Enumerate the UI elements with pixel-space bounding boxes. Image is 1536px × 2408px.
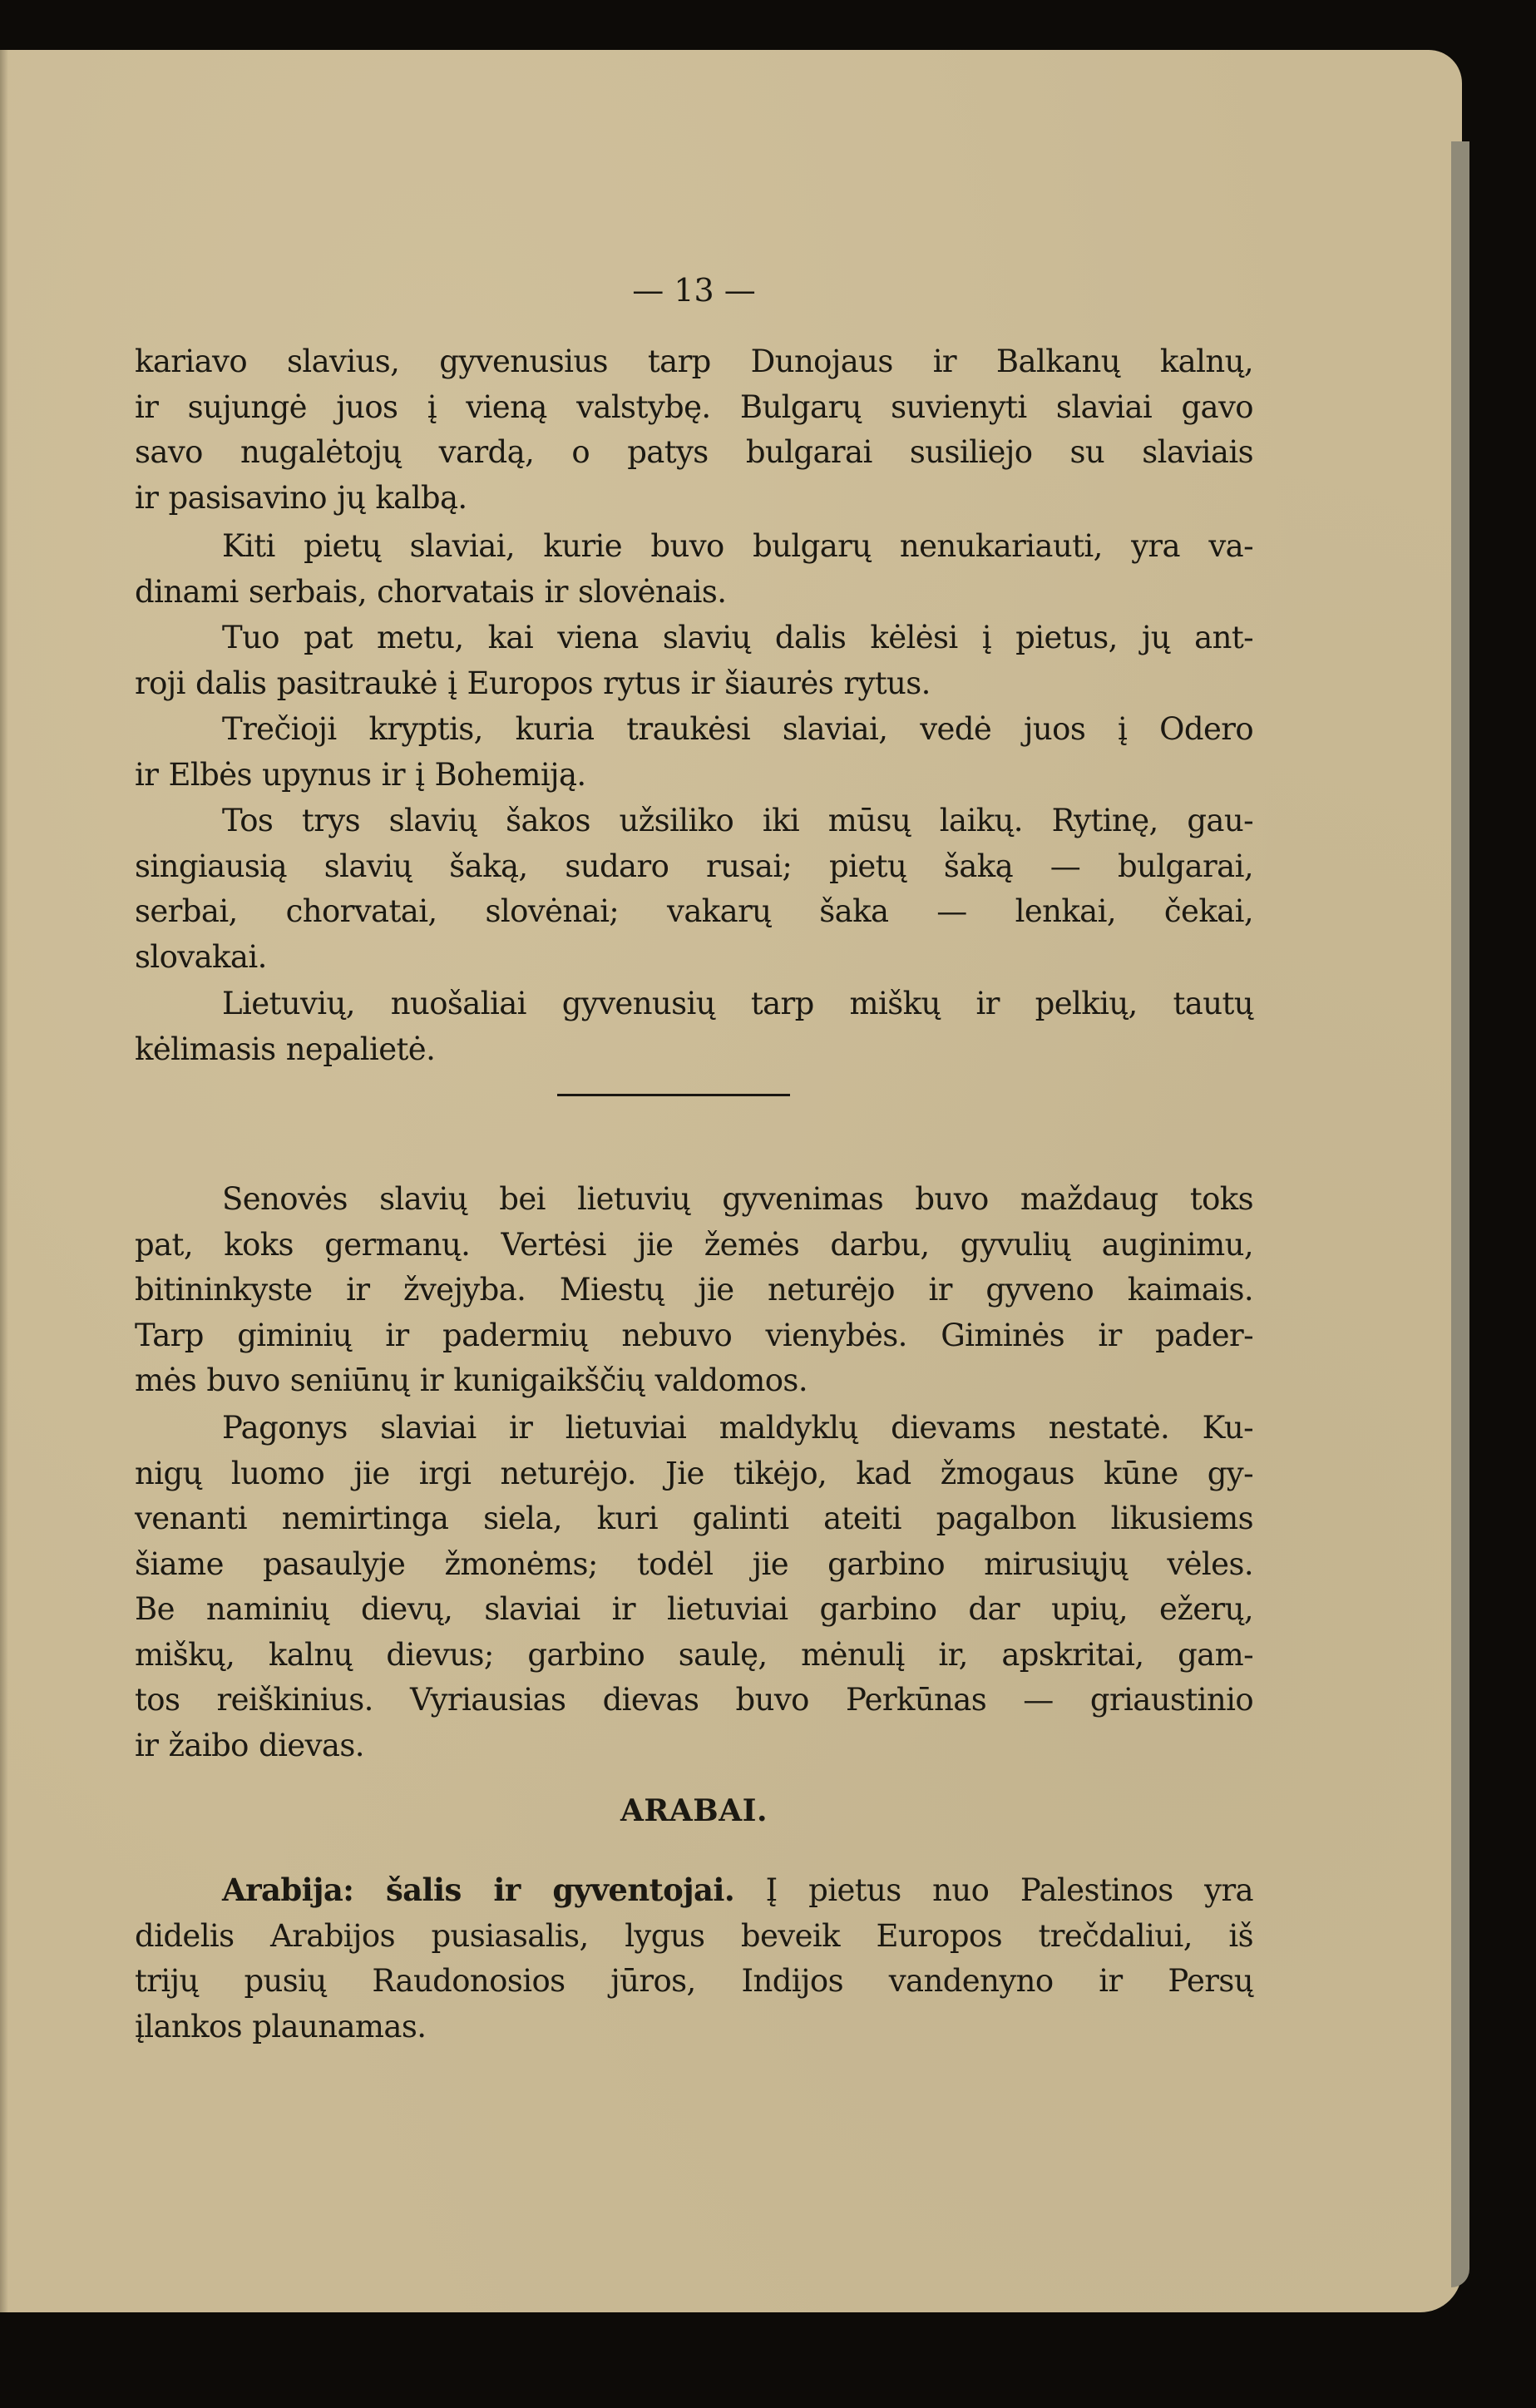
text-line: Pagonys slaviai ir lietuviai maldyklų di… [135, 1406, 1253, 1451]
text-line: Tuo pat metu, kai viena slavių dalis kėl… [135, 616, 1253, 661]
text-line: šiame pasaulyje žmonėms; todėl jie garbi… [135, 1542, 1253, 1588]
paragraph-lithuanians: Lietuvių, nuošaliai gyvenusių tarp miškų… [135, 981, 1253, 1072]
text-line: ir Elbės upynus ir į Bohemiją. [135, 753, 1253, 799]
inline-subheading: Arabija: šalis ir gyventojai. [222, 1872, 734, 1908]
paragraph-bulgarians: kariavo slavius, gyvenusius tarp Dunojau… [135, 339, 1253, 521]
text-line: Trečioji kryptis, kuria traukėsi slaviai… [135, 707, 1253, 753]
text-line: Tos trys slavių šakos užsiliko iki mūsų … [135, 799, 1253, 844]
paragraph-east-slavs: Tuo pat metu, kai viena slavių dalis kėl… [135, 616, 1253, 706]
text-line: Arabija: šalis ir gyventojai. Į pietus n… [135, 1867, 1253, 1914]
text-line: didelis Arabijos pusiasalis, lygus bevei… [135, 1914, 1253, 1960]
text-line: Kiti pietų slaviai, kurie buvo bulgarų n… [135, 524, 1253, 570]
text-line: dinami serbais, chorvatais ir slovėnais. [135, 570, 1253, 616]
text-line: roji dalis pasitraukė į Europos rytus ir… [135, 661, 1253, 707]
text-line: Senovės slavių bei lietuvių gyvenimas bu… [135, 1177, 1253, 1223]
paragraph-three-branches: Tos trys slavių šakos užsiliko iki mūsų … [135, 799, 1253, 980]
text-line: venanti nemirtinga siela, kuri galinti a… [135, 1496, 1253, 1542]
page-stack-edge [1451, 141, 1469, 2287]
paragraph-west-slavs: Trečioji kryptis, kuria traukėsi slaviai… [135, 707, 1253, 798]
text-line: ir sujungė juos į vieną valstybę. Bulgar… [135, 385, 1253, 431]
text-line: trijų pusių Raudonosios jūros, Indijos v… [135, 1959, 1253, 2005]
scanned-page-background: — 13 — kariavo slavius, gyvenusius tarp … [0, 0, 1536, 2408]
text-line: pat, koks germanų. Vertėsi jie žemės dar… [135, 1223, 1253, 1268]
text-line: ir pasisavino jų kalbą. [135, 476, 1253, 522]
spine-shadow [0, 50, 8, 2312]
text-line: ir žaibo dievas. [135, 1723, 1253, 1769]
text-line: Lietuvių, nuošaliai gyvenusių tarp miškų… [135, 981, 1253, 1027]
text-line: mės buvo seniūnų ir kunigaikščių valdomo… [135, 1358, 1253, 1404]
text-line: įlankos plaunamas. [135, 2005, 1253, 2050]
text-run: Į pietus nuo Palestinos yra [734, 1872, 1253, 1908]
text-line: Tarp giminių ir padermių nebuvo vienybės… [135, 1313, 1253, 1359]
text-line: singiausią slavių šaką, sudaro rusai; pi… [135, 844, 1253, 890]
text-line: kariavo slavius, gyvenusius tarp Dunojau… [135, 339, 1253, 385]
text-line: savo nugalėtojų vardą, o patys bulgarai … [135, 430, 1253, 476]
paragraph-south-slavs: Kiti pietų slaviai, kurie buvo bulgarų n… [135, 524, 1253, 615]
text-line: tos reiškinius. Vyriausias dievas buvo P… [135, 1678, 1253, 1723]
text-line: bitininkyste ir žvejyba. Miestų jie netu… [135, 1268, 1253, 1313]
text-line: kėlimasis nepalietė. [135, 1027, 1253, 1073]
section-divider [557, 1094, 790, 1096]
text-line: slovakai. [135, 935, 1253, 981]
section-heading: ARABAI. [135, 1788, 1253, 1834]
text-line: Be naminių dievų, slaviai ir lietuviai g… [135, 1587, 1253, 1633]
paragraph-ancient-life: Senovės slavių bei lietuvių gyvenimas bu… [135, 1177, 1253, 1404]
text-line: miškų, kalnų dievus; garbino saulę, mėnu… [135, 1633, 1253, 1679]
text-line: nigų luomo jie irgi neturėjo. Jie tikėjo… [135, 1451, 1253, 1497]
text-line: serbai, chorvatai, slovėnai; vakarų šaka… [135, 889, 1253, 935]
page-number: — 13 — [135, 268, 1253, 314]
paragraph-pagan-beliefs: Pagonys slaviai ir lietuviai maldyklų di… [135, 1406, 1253, 1768]
paragraph-arabia: Arabija: šalis ir gyventojai. Į pietus n… [135, 1867, 1253, 2050]
